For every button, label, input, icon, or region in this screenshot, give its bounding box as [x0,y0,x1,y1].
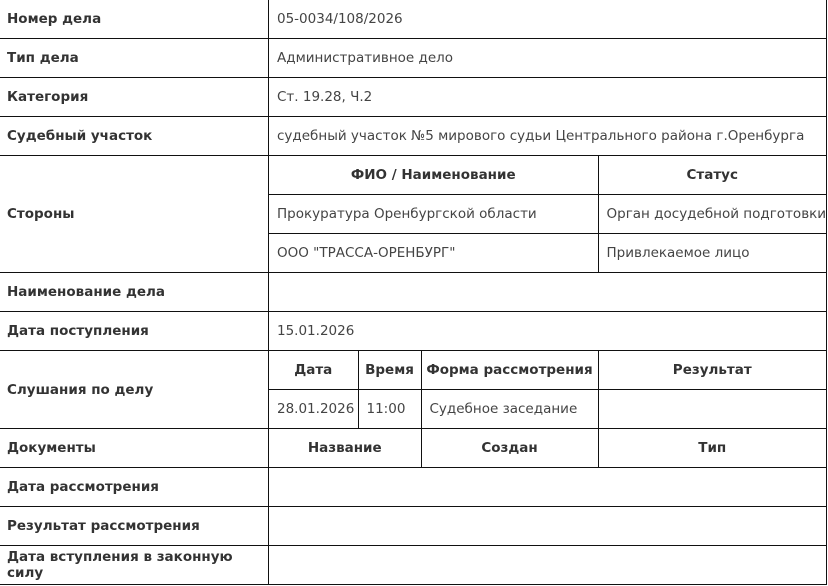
hearing-date: 28.01.2026 [269,390,358,429]
documents-table: Название Создан Тип [269,429,826,467]
court-district-value: судебный участок №5 мирового судьи Центр… [269,117,827,156]
party-row: Прокуратура Оренбургской области Орган д… [269,195,826,234]
documents-label: Документы [0,429,269,468]
parties-col-status: Статус [598,156,826,195]
hearings-col-date: Дата [269,351,358,390]
hearings-col-time: Время [358,351,421,390]
effective-date-label: Дата вступления в законную силу [0,546,269,585]
hearings-col-result: Результат [598,351,826,390]
row-court-district: Судебный участок судебный участок №5 мир… [0,117,827,156]
hearings-table: Дата Время Форма рассмотрения Результат … [269,351,826,428]
row-parties: Стороны ФИО / Наименование Статус Прокур… [0,156,827,273]
parties-label: Стороны [0,156,269,273]
received-date-label: Дата поступления [0,312,269,351]
case-details-card: Номер дела 05-0034/108/2026 Тип дела Адм… [0,0,827,585]
hearing-form: Судебное заседание [421,390,598,429]
parties-table: ФИО / Наименование Статус Прокуратура Ор… [269,156,826,272]
case-details-table: Номер дела 05-0034/108/2026 Тип дела Адм… [0,0,827,585]
row-review-result: Результат рассмотрения [0,507,827,546]
hearings-header: Дата Время Форма рассмотрения Результат [269,351,826,390]
documents-col-name: Название [269,429,421,467]
parties-col-name: ФИО / Наименование [269,156,598,195]
party-status: Орган досудебной подготовки [598,195,826,234]
row-hearings: Слушания по делу Дата Время Форма рассмо… [0,351,827,429]
row-effective-date: Дата вступления в законную силу [0,546,827,585]
parties-header: ФИО / Наименование Статус [269,156,826,195]
hearing-row: 28.01.2026 11:00 Судебное заседание [269,390,826,429]
row-case-number: Номер дела 05-0034/108/2026 [0,0,827,39]
case-name-value [269,273,827,312]
hearing-time: 11:00 [358,390,421,429]
case-type-value: Административное дело [269,39,827,78]
category-value: Ст. 19.28, Ч.2 [269,78,827,117]
received-date-value: 15.01.2026 [269,312,827,351]
row-received-date: Дата поступления 15.01.2026 [0,312,827,351]
party-name: ООО "ТРАССА-ОРЕНБУРГ" [269,234,598,273]
party-name: Прокуратура Оренбургской области [269,195,598,234]
party-row: ООО "ТРАССА-ОРЕНБУРГ" Привлекаемое лицо [269,234,826,273]
court-district-label: Судебный участок [0,117,269,156]
row-category: Категория Ст. 19.28, Ч.2 [0,78,827,117]
row-review-date: Дата рассмотрения [0,468,827,507]
review-date-value [269,468,827,507]
documents-header: Название Создан Тип [269,429,826,467]
case-number-value: 05-0034/108/2026 [269,0,827,39]
hearings-label: Слушания по делу [0,351,269,429]
review-result-value [269,507,827,546]
hearing-result [598,390,826,429]
category-label: Категория [0,78,269,117]
case-name-label: Наименование дела [0,273,269,312]
party-status: Привлекаемое лицо [598,234,826,273]
effective-date-value [269,546,827,585]
documents-col-type: Тип [598,429,826,467]
review-result-label: Результат рассмотрения [0,507,269,546]
row-case-type: Тип дела Административное дело [0,39,827,78]
hearings-col-form: Форма рассмотрения [421,351,598,390]
documents-col-created: Создан [421,429,598,467]
case-number-label: Номер дела [0,0,269,39]
case-type-label: Тип дела [0,39,269,78]
row-documents: Документы Название Создан Тип [0,429,827,468]
review-date-label: Дата рассмотрения [0,468,269,507]
row-case-name: Наименование дела [0,273,827,312]
